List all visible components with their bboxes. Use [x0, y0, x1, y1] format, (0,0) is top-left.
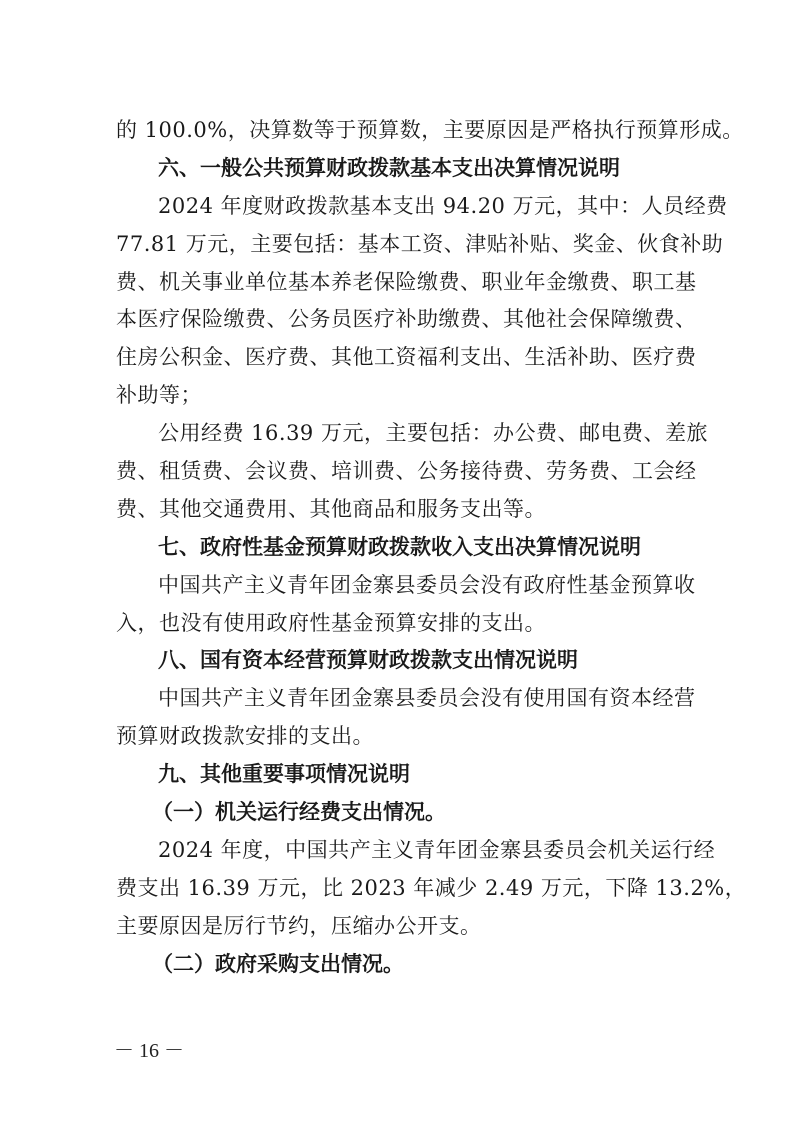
state-capital-paragraph-line: 中国共产主义青年团金寨县委员会没有使用国有资本经营 [116, 680, 678, 718]
subsection-heading-1: （一）机关运行经费支出情况。 [116, 794, 678, 832]
basic-expenditure-paragraph-line: 本医疗保险缴费、公务员医疗补助缴费、其他社会保障缴费、 [116, 301, 678, 339]
government-fund-paragraph-line: 入，也没有使用政府性基金预算安排的支出。 [116, 605, 678, 643]
government-fund-paragraph-line: 中国共产主义青年团金寨县委员会没有政府性基金预算收 [116, 567, 678, 605]
basic-expenditure-paragraph-line: 2024 年度财政拨款基本支出 94.20 万元，其中：人员经费 [116, 188, 678, 226]
public-expense-paragraph-line: 公用经费 16.39 万元，主要包括：办公费、邮电费、差旅 [116, 415, 678, 453]
section-heading-7: 七、政府性基金预算财政拨款收入支出决算情况说明 [116, 529, 678, 567]
basic-expenditure-paragraph-line: 77.81 万元，主要包括：基本工资、津贴补贴、奖金、伙食补助 [116, 226, 678, 264]
section-heading-6: 六、一般公共预算财政拨款基本支出决算情况说明 [116, 150, 678, 188]
subsection-heading-2: （二）政府采购支出情况。 [116, 946, 678, 984]
document-body: 的 100.0%，决算数等于预算数，主要原因是严格执行预算形成。 六、一般公共预… [116, 112, 678, 983]
basic-expenditure-paragraph-line: 住房公积金、医疗费、其他工资福利支出、生活补助、医疗费 [116, 339, 678, 377]
operating-expense-paragraph-line: 2024 年度，中国共产主义青年团金寨县委员会机关运行经 [116, 832, 678, 870]
public-expense-paragraph-line: 费、租赁费、会议费、培训费、公务接待费、劳务费、工会经 [116, 453, 678, 491]
operating-expense-paragraph-line: 主要原因是厉行节约，压缩办公开支。 [116, 908, 678, 946]
operating-expense-paragraph-line: 费支出 16.39 万元，比 2023 年减少 2.49 万元，下降 13.2%… [116, 870, 678, 908]
state-capital-paragraph-line: 预算财政拨款安排的支出。 [116, 718, 678, 756]
public-expense-paragraph-line: 费、其他交通费用、其他商品和服务支出等。 [116, 491, 678, 529]
basic-expenditure-paragraph-line: 补助等； [116, 377, 678, 415]
page-number: － 16 － [114, 1034, 184, 1063]
basic-expenditure-paragraph-line: 费、机关事业单位基本养老保险缴费、职业年金缴费、职工基 [116, 264, 678, 302]
paragraph-continuation-line: 的 100.0%，决算数等于预算数，主要原因是严格执行预算形成。 [116, 112, 678, 150]
section-heading-9: 九、其他重要事项情况说明 [116, 756, 678, 794]
section-heading-8: 八、国有资本经营预算财政拨款支出情况说明 [116, 642, 678, 680]
